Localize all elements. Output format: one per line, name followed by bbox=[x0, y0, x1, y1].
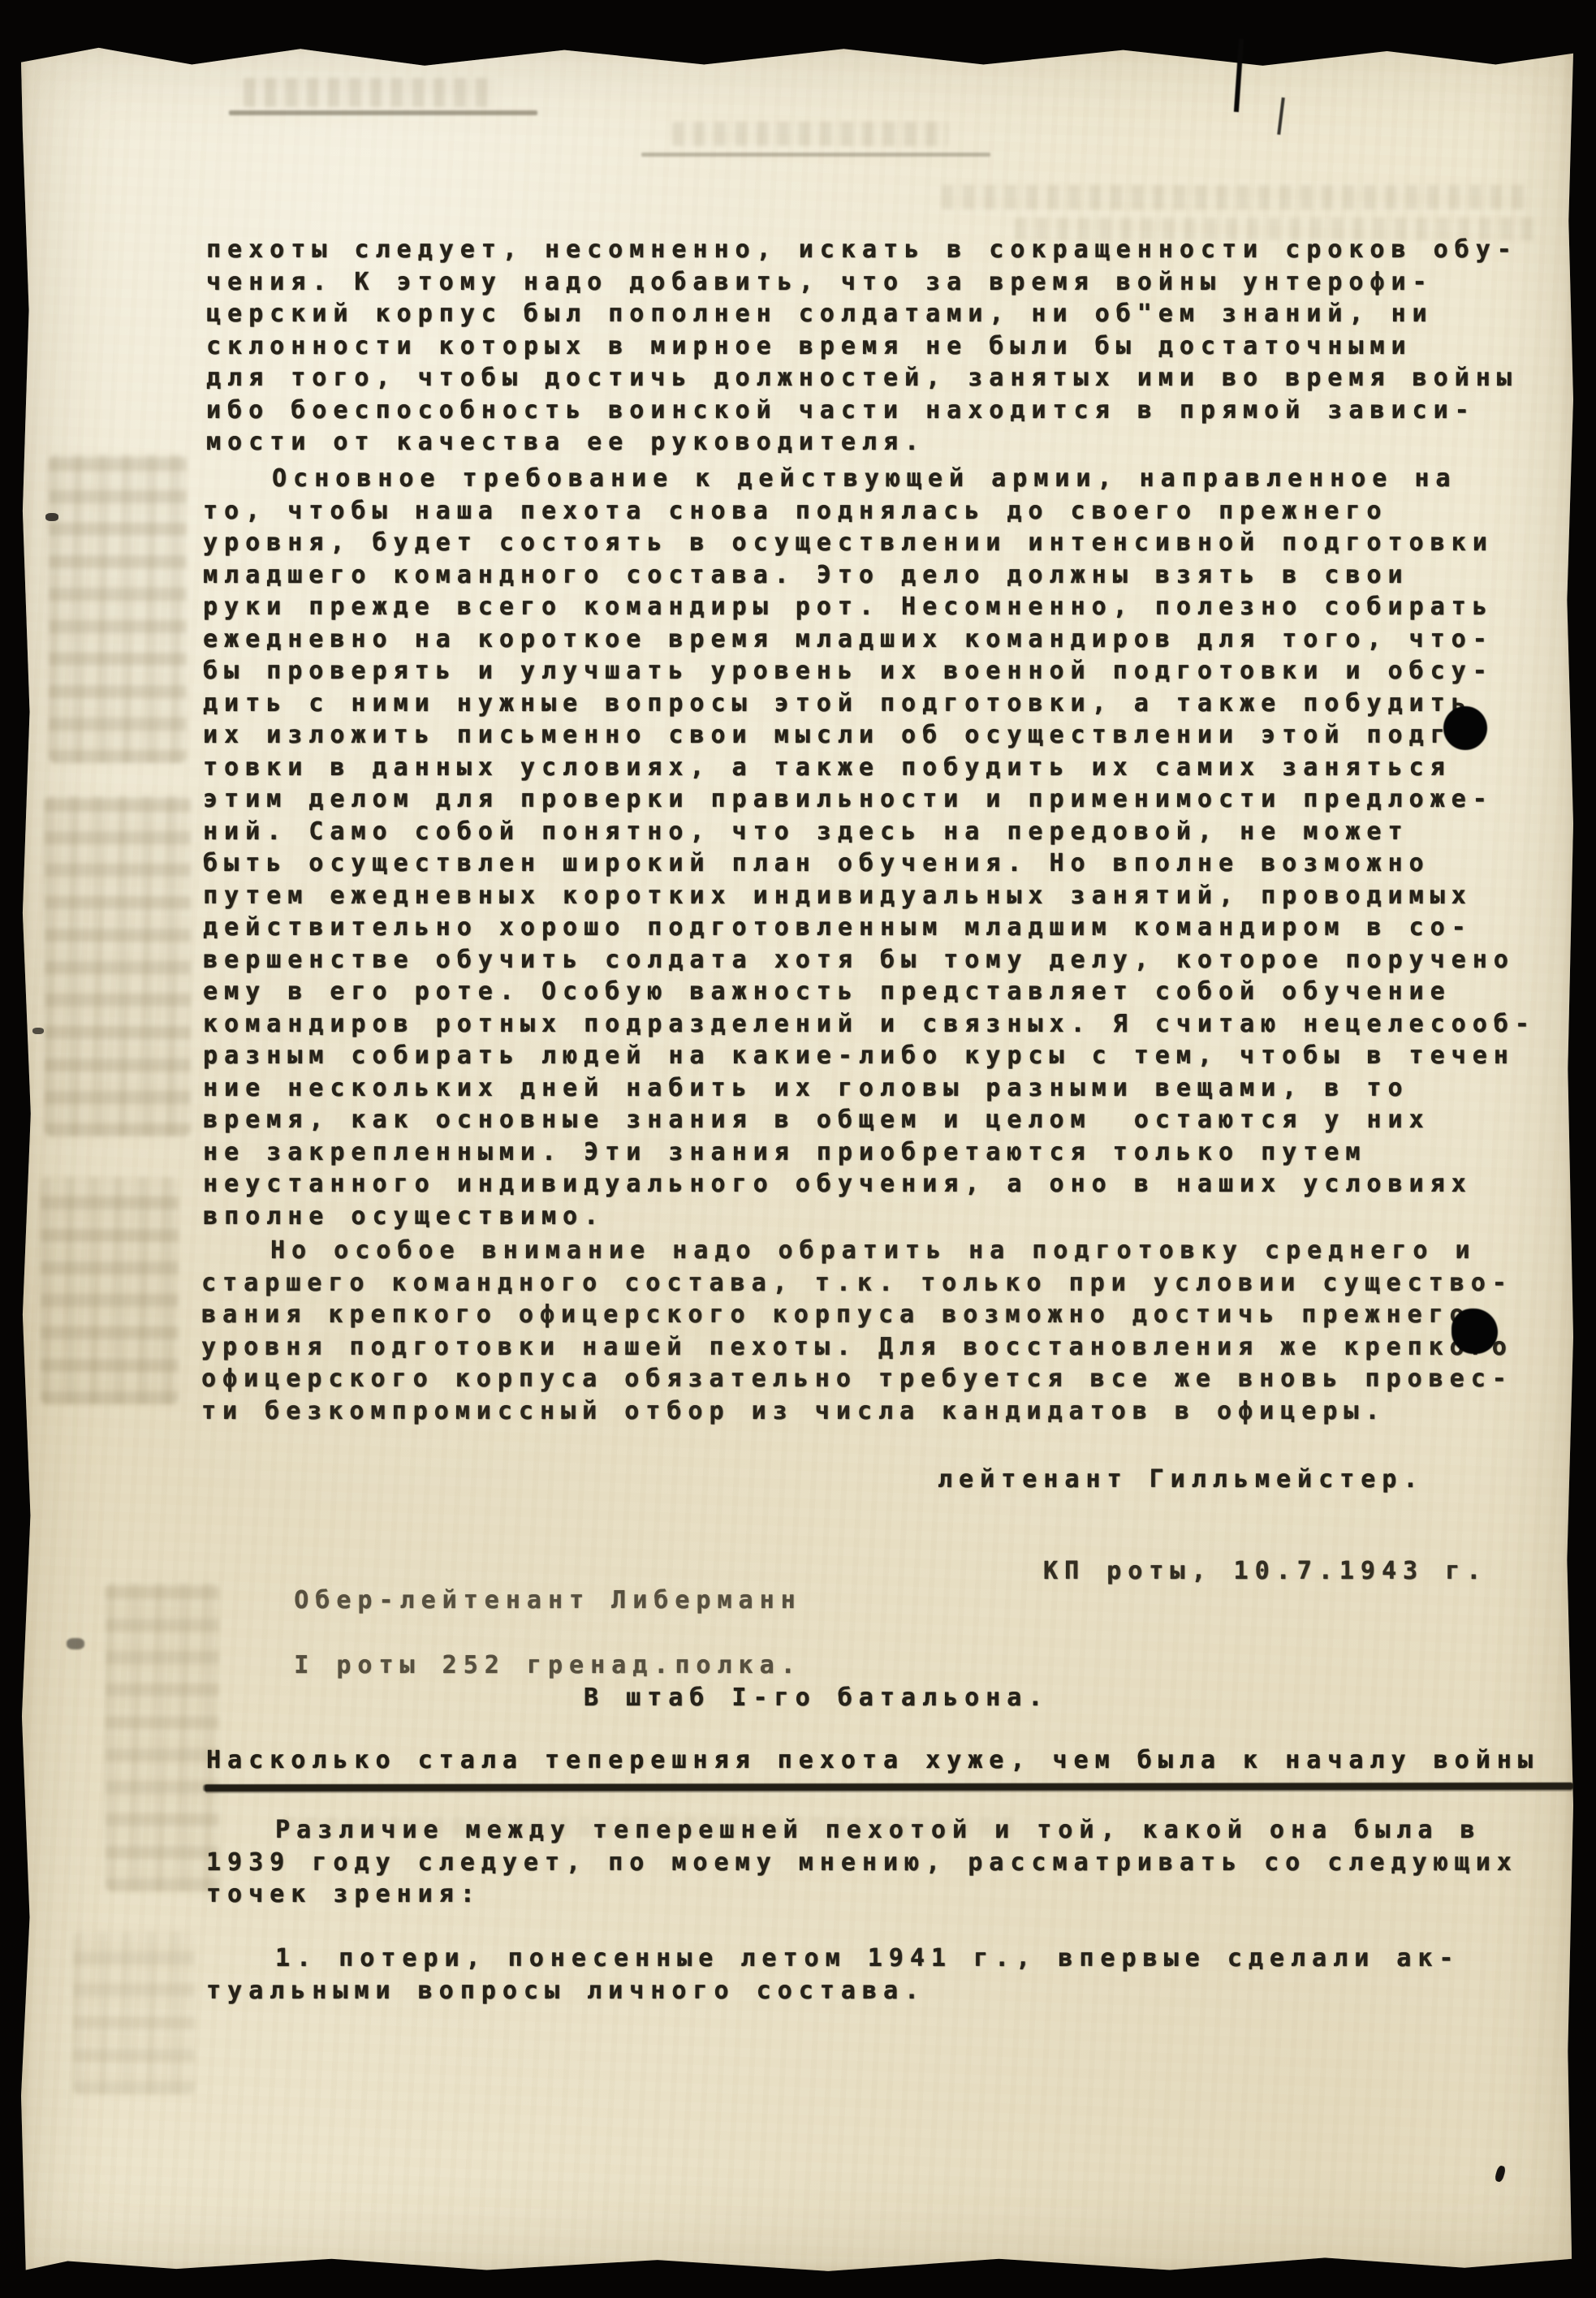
date-line: КП роты, 10.7.1943 г. bbox=[1043, 1555, 1487, 1588]
ghost-title-center-underline bbox=[641, 153, 990, 157]
ghost-bleed-right-1 bbox=[942, 185, 1526, 209]
hole-punch-bottom bbox=[1451, 1309, 1498, 1354]
paragraph-2: Основное требование к действующей армии,… bbox=[203, 463, 1536, 1232]
signature-line: лейтенант Гилльмейстер. bbox=[938, 1464, 1424, 1496]
ink-speck-left-3 bbox=[67, 1638, 84, 1649]
document-heading: Насколько стала теперешняя пехота хуже, … bbox=[206, 1744, 1539, 1777]
ghost-bleed-left-margin-1 bbox=[49, 455, 187, 763]
paragraph-4: Различие между теперешней пехотой и той,… bbox=[206, 1814, 1518, 1911]
ghost-bleed-left-margin-2 bbox=[45, 795, 191, 1136]
paragraph-5: 1. потери, понесенные летом 1941 г., впе… bbox=[206, 1942, 1460, 2007]
paragraph-3: Но особое внимание надо обратить на подг… bbox=[201, 1235, 1513, 1427]
hole-punch-top bbox=[1443, 706, 1487, 750]
sender-name: Обер-лейтенант Либерманн bbox=[294, 1586, 801, 1615]
ghost-bleed-left-margin-3 bbox=[41, 1177, 179, 1404]
ghost-title-center bbox=[672, 122, 948, 146]
ghost-bleed-left-margin-5 bbox=[73, 1932, 195, 2094]
paragraph-1: пехоты следует, несомненно, искать в сок… bbox=[206, 234, 1518, 459]
sender-unit: I роты 252 гренад.полка. bbox=[294, 1651, 801, 1679]
ink-speck-left-1 bbox=[45, 513, 58, 521]
address-line: В штаб I-го батальона. bbox=[584, 1682, 1049, 1714]
scanned-document-page: пехоты следует, несомненно, искать в сок… bbox=[0, 0, 1596, 2298]
ghost-bleed-left-margin-4 bbox=[106, 1583, 219, 1891]
ghost-stamp-top-left-underline bbox=[229, 110, 537, 115]
ink-speck-left-2 bbox=[32, 1028, 44, 1034]
ghost-stamp-top-left bbox=[244, 78, 495, 107]
